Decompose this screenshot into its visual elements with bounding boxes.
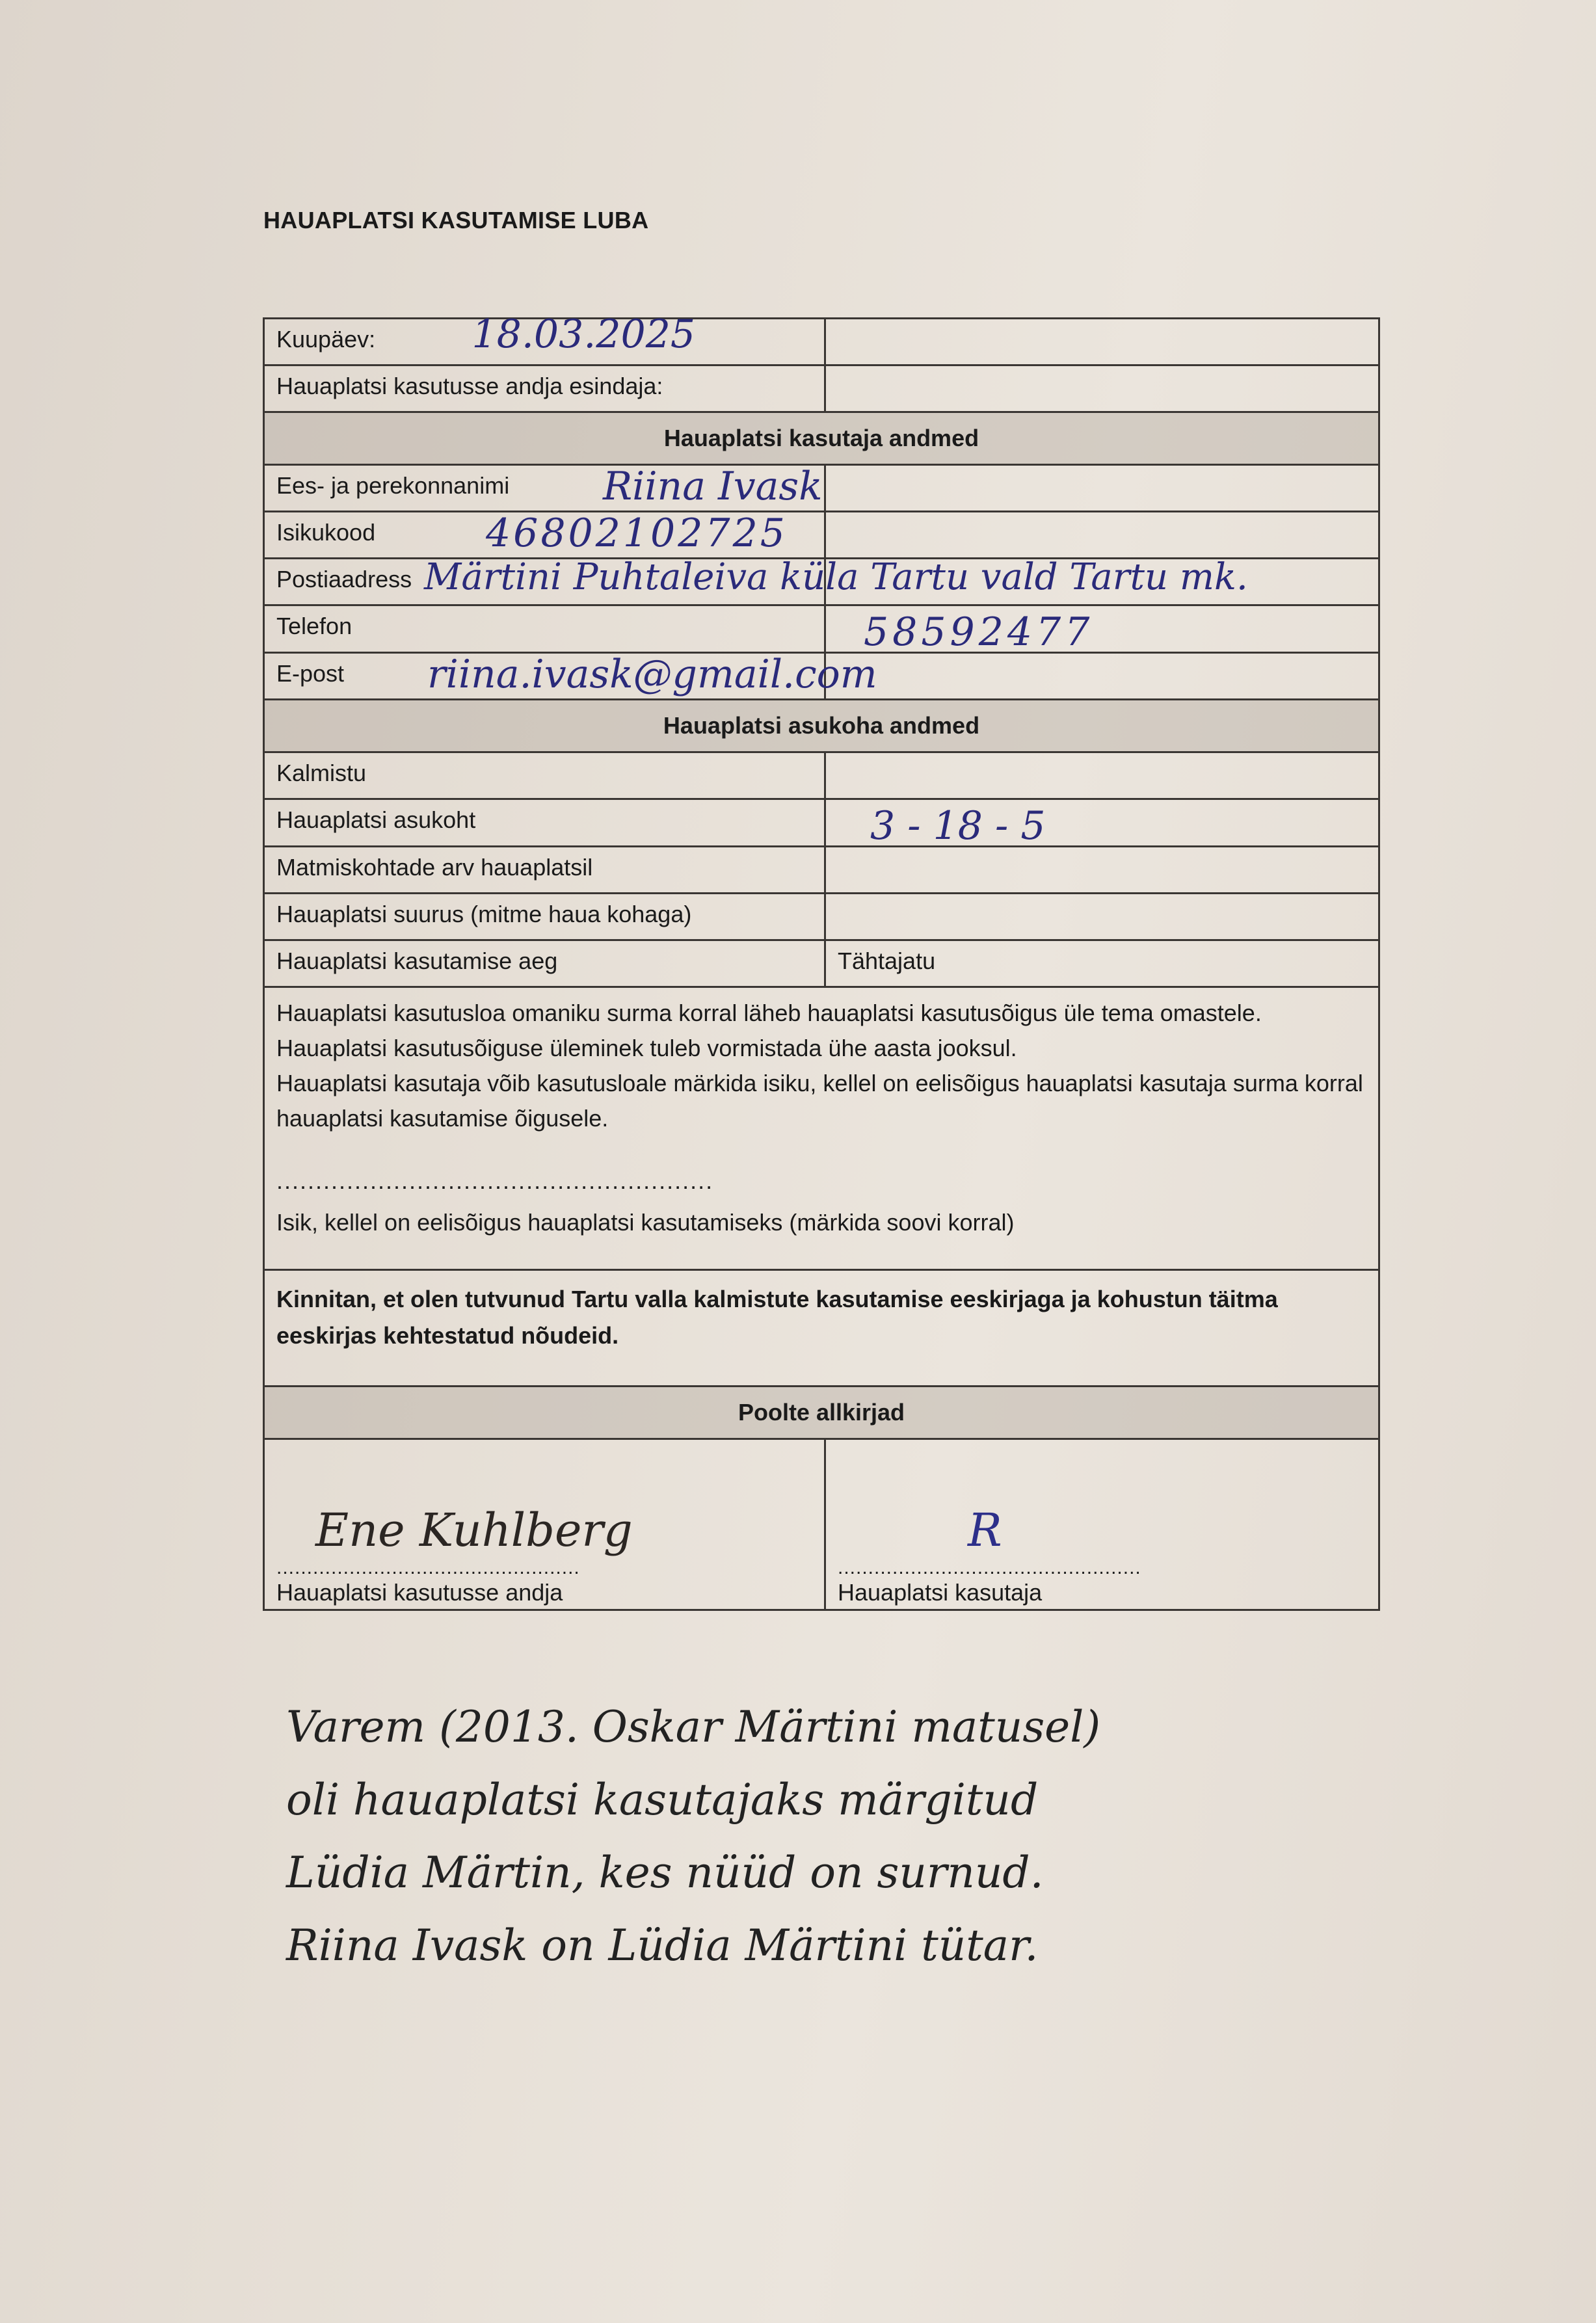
- date-extra-cell[interactable]: [825, 319, 1379, 365]
- size-value[interactable]: [825, 894, 1379, 940]
- name-value[interactable]: Riina Ivask: [603, 467, 823, 506]
- id-code-value[interactable]: 46802102725: [486, 514, 788, 553]
- user-signature-line: ........................................…: [838, 1557, 1141, 1579]
- row-date: Kuupäev: 18.03.2025: [264, 319, 1379, 365]
- note-line-4: Riina Ivask on Lüdia Märtini tütar.: [286, 1909, 1340, 1982]
- notice-paragraph-1: Hauaplatsi kasutusloa omaniku surma korr…: [276, 996, 1366, 1031]
- location-label: Hauaplatsi asukoht: [276, 806, 475, 833]
- section-user-data: Hauaplatsi kasutaja andmed: [264, 412, 1379, 465]
- preferred-person-label: Isik, kellel on eelisõigus hauaplatsi ka…: [276, 1205, 1366, 1240]
- confirmation-text: Kinnitan, et olen tutvunud Tartu valla k…: [264, 1270, 1379, 1387]
- note-line-2: oli hauaplatsi kasutajaks märgitud: [286, 1764, 1340, 1837]
- row-confirmation: Kinnitan, et olen tutvunud Tartu valla k…: [264, 1270, 1379, 1387]
- id-code-label: Isikukood: [276, 519, 375, 546]
- row-size: Hauaplatsi suurus (mitme haua kohaga): [264, 894, 1379, 940]
- term-value: Tähtajatu: [825, 940, 1379, 987]
- row-location: Hauaplatsi asukoht 3 - 18 - 5: [264, 799, 1379, 847]
- date-label: Kuupäev:: [276, 326, 375, 352]
- user-signature: R: [968, 1504, 1141, 1557]
- notice-paragraph-2: Hauaplatsi kasutusõiguse üleminek tuleb …: [276, 1031, 1366, 1066]
- row-name: Ees- ja perekonnanimi Riina Ivask: [264, 465, 1379, 512]
- burial-places-label: Matmiskohtade arv hauaplatsil: [276, 854, 592, 881]
- representative-label: Hauaplatsi kasutusse andja esindaja:: [276, 373, 663, 399]
- date-value[interactable]: 18.03.2025: [472, 315, 696, 354]
- term-label: Hauaplatsi kasutamise aeg: [276, 948, 557, 974]
- row-representative: Hauaplatsi kasutusse andja esindaja:: [264, 365, 1379, 412]
- handwritten-note: Varem (2013. Oskar Märtini matusel) oli …: [286, 1691, 1340, 1982]
- giver-signature-line: ........................................…: [276, 1557, 633, 1579]
- section-location-data: Hauaplatsi asukoha andmed: [264, 700, 1379, 752]
- row-address: Postiaadress Märtini Puhtaleiva küla Tar…: [264, 559, 1379, 605]
- row-term: Hauaplatsi kasutamise aeg Tähtajatu: [264, 940, 1379, 987]
- row-signatures: Ene Kuhlberg ...........................…: [264, 1439, 1379, 1610]
- phone-value[interactable]: 58592477: [864, 609, 1093, 655]
- user-label: Hauaplatsi kasutaja: [838, 1579, 1141, 1606]
- giver-signature: Ene Kuhlberg: [315, 1504, 633, 1557]
- note-line-3: Lüdia Märtin, kes nüüd on surnud.: [286, 1837, 1340, 1909]
- row-phone: Telefon 58592477: [264, 605, 1379, 653]
- giver-signature-cell[interactable]: Ene Kuhlberg ...........................…: [264, 1439, 825, 1610]
- cemetery-label: Kalmistu: [276, 760, 366, 786]
- row-cemetery: Kalmistu: [264, 752, 1379, 799]
- row-burial-places: Matmiskohtade arv hauaplatsil: [264, 847, 1379, 894]
- address-label: Postiaadress: [276, 566, 412, 592]
- location-value[interactable]: 3 - 18 - 5: [870, 803, 1046, 849]
- permit-form-table: Kuupäev: 18.03.2025 Hauaplatsi kasutusse…: [263, 317, 1380, 1611]
- note-line-1: Varem (2013. Oskar Märtini matusel): [286, 1691, 1340, 1764]
- section-signatures: Poolte allkirjad: [264, 1387, 1379, 1439]
- phone-label: Telefon: [276, 613, 352, 639]
- burial-places-value[interactable]: [825, 847, 1379, 894]
- giver-label: Hauaplatsi kasutusse andja: [276, 1579, 633, 1606]
- cemetery-value[interactable]: [825, 752, 1379, 799]
- representative-value[interactable]: [825, 365, 1379, 412]
- user-signature-cell[interactable]: R ......................................…: [825, 1439, 1379, 1610]
- email-label: E-post: [276, 660, 344, 687]
- email-value[interactable]: riina.ivask@gmail.com: [427, 655, 877, 694]
- notice-paragraph-3: Hauaplatsi kasutaja võib kasutusloale mä…: [276, 1066, 1366, 1136]
- document-title: HAUAPLATSI KASUTAMISE LUBA: [263, 207, 648, 234]
- preferred-person-field[interactable]: ........................................…: [276, 1163, 1366, 1199]
- address-value[interactable]: Märtini Puhtaleiva küla Tartu vald Tartu…: [424, 559, 1248, 596]
- row-email: E-post riina.ivask@gmail.com: [264, 653, 1379, 700]
- row-notice: Hauaplatsi kasutusloa omaniku surma korr…: [264, 987, 1379, 1270]
- row-id-code: Isikukood 46802102725: [264, 512, 1379, 559]
- name-label: Ees- ja perekonnanimi: [276, 472, 509, 499]
- size-label: Hauaplatsi suurus (mitme haua kohaga): [276, 901, 691, 927]
